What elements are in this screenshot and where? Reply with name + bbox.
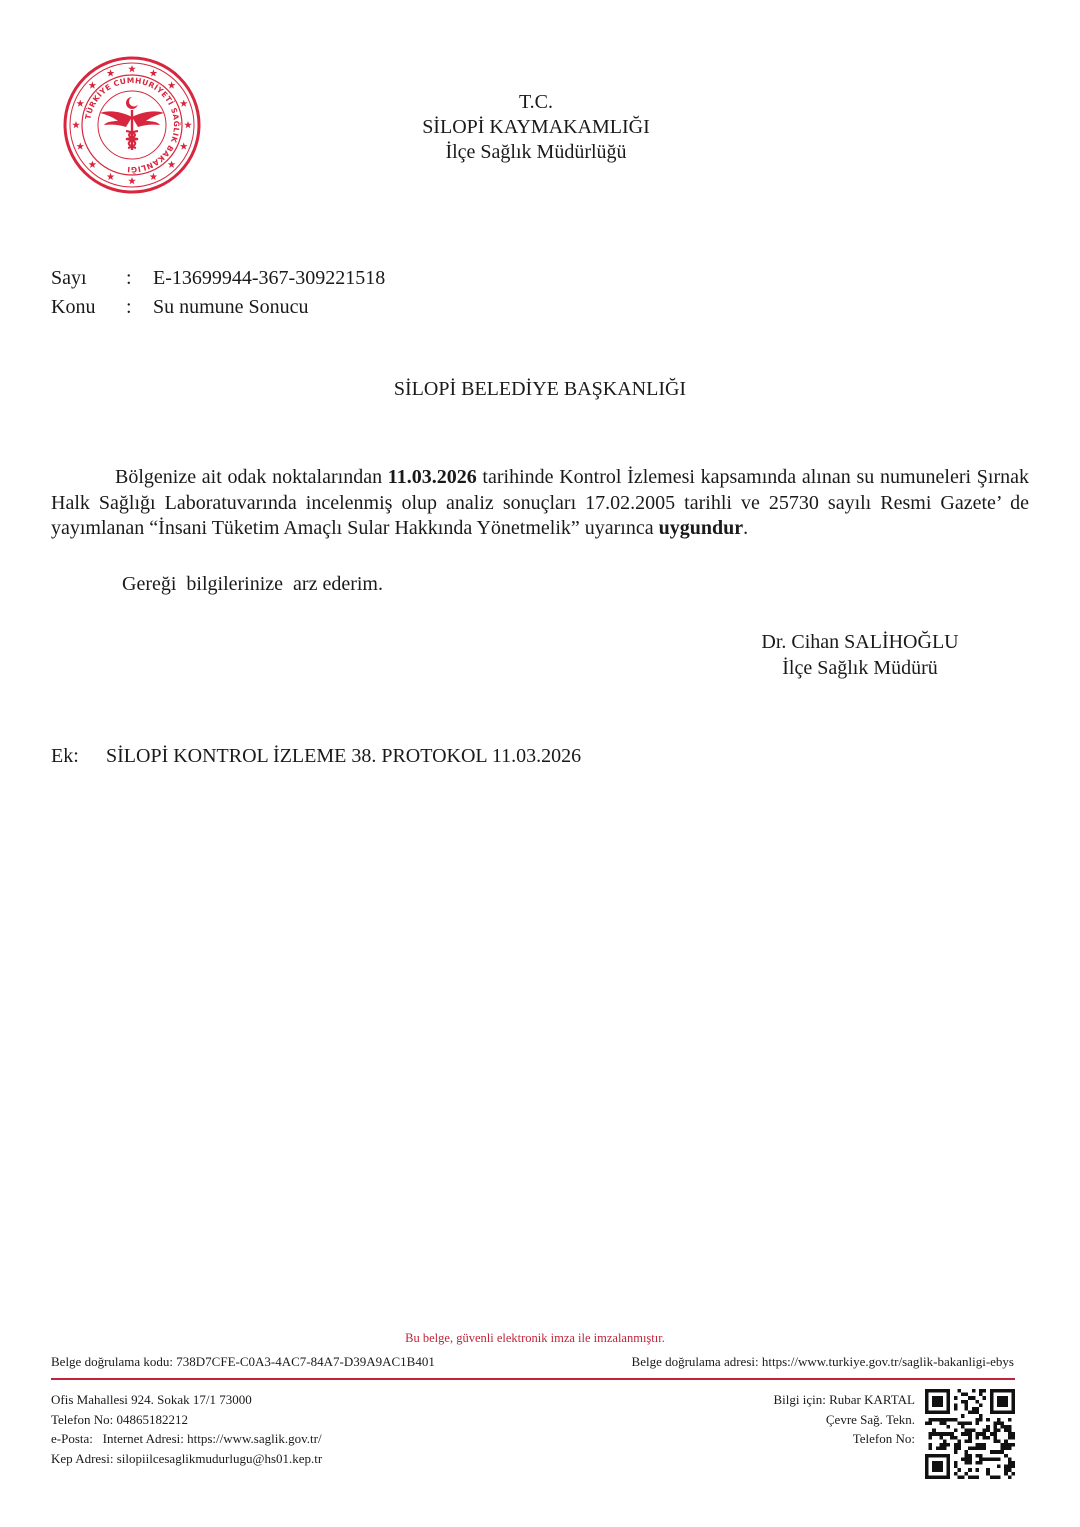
result-status: uygundur (659, 517, 744, 539)
ministry-seal-logo: TÜRKİYE CUMHURİYETİ SAĞLIK BAKANLIĞI (62, 55, 202, 195)
footer-phone: Telefon No: 04865182212 (51, 1410, 322, 1430)
verification-address-label: Belge doğrulama adresi: (632, 1354, 759, 1369)
sayi-value: E-13699944-367-309221518 (153, 264, 385, 293)
signature-block: Dr. Cihan SALİHOĞLU İlçe Sağlık Müdürü (740, 629, 980, 681)
signatory-name: Dr. Cihan SALİHOĞLU (740, 629, 980, 655)
sayi-separator: : (126, 264, 153, 293)
header-tc: T.C. (336, 90, 736, 115)
verification-address: Belge doğrulama adresi: https://www.turk… (632, 1354, 1014, 1370)
meta-row-sayi: Sayı : E-13699944-367-309221518 (51, 264, 385, 293)
meta-row-konu: Konu : Su numune Sonucu (51, 293, 385, 322)
footer-address: Ofis Mahallesi 924. Sokak 17/1 73000 (51, 1390, 322, 1410)
attachment: Ek: SİLOPİ KONTROL İZLEME 38. PROTOKOL 1… (51, 745, 581, 768)
footer-info: Bilgi için: Rubar KARTAL Çevre Sağ. Tekn… (773, 1390, 915, 1449)
info-phone: Telefon No: (773, 1429, 915, 1449)
signatory-title: İlçe Sağlık Müdürü (740, 655, 980, 681)
footer-kep[interactable]: Kep Adresi: silopiilcesaglikmudurlugu@hs… (51, 1449, 322, 1469)
attachment-value: SİLOPİ KONTROL İZLEME 38. PROTOKOL 11.03… (106, 745, 581, 768)
verification-code-label: Belge doğrulama kodu: (51, 1354, 173, 1369)
verification-address-link[interactable]: https://www.turkiye.gov.tr/saglik-bakanl… (762, 1354, 1014, 1369)
attachment-label: Ek: (51, 745, 106, 768)
header-department: İlçe Sağlık Müdürlüğü (336, 140, 736, 165)
letter-body: Bölgenize ait odak noktalarından 11.03.2… (51, 465, 1029, 542)
document-meta: Sayı : E-13699944-367-309221518 Konu : S… (51, 264, 385, 322)
verification-code: Belge doğrulama kodu: 738D7CFE-C0A3-4AC7… (51, 1354, 435, 1370)
sample-date: 11.03.2026 (388, 466, 477, 488)
footer-contact: Ofis Mahallesi 924. Sokak 17/1 73000 Tel… (51, 1390, 322, 1468)
addressee: SİLOPİ BELEDİYE BAŞKANLIĞI (0, 378, 1080, 401)
info-title: Çevre Sağ. Tekn. (773, 1410, 915, 1430)
info-contact: Bilgi için: Rubar KARTAL (773, 1390, 915, 1410)
footer-email-web[interactable]: e-Posta: Internet Adresi: https://www.sa… (51, 1429, 322, 1449)
ministry-of-health-seal-icon: TÜRKİYE CUMHURİYETİ SAĞLIK BAKANLIĞI (62, 55, 202, 195)
footer-divider (51, 1378, 1015, 1380)
closing-sentence: Gereği bilgilerinize arz ederim. (122, 573, 383, 596)
body-part3: . (743, 517, 748, 539)
body-part1: Bölgenize ait odak noktalarından (115, 466, 388, 488)
document-header: T.C. SİLOPİ KAYMAKAMLIĞI İlçe Sağlık Müd… (336, 90, 736, 165)
header-institution: SİLOPİ KAYMAKAMLIĞI (336, 115, 736, 140)
qr-code-icon (925, 1389, 1015, 1479)
esign-notice: Bu belge, güvenli elektronik imza ile im… (0, 1331, 1070, 1346)
sayi-label: Sayı (51, 264, 126, 293)
konu-separator: : (126, 293, 153, 322)
konu-label: Konu (51, 293, 126, 322)
konu-value: Su numune Sonucu (153, 293, 309, 322)
verification-code-value: 738D7CFE-C0A3-4AC7-84A7-D39A9AC1B401 (176, 1354, 435, 1369)
